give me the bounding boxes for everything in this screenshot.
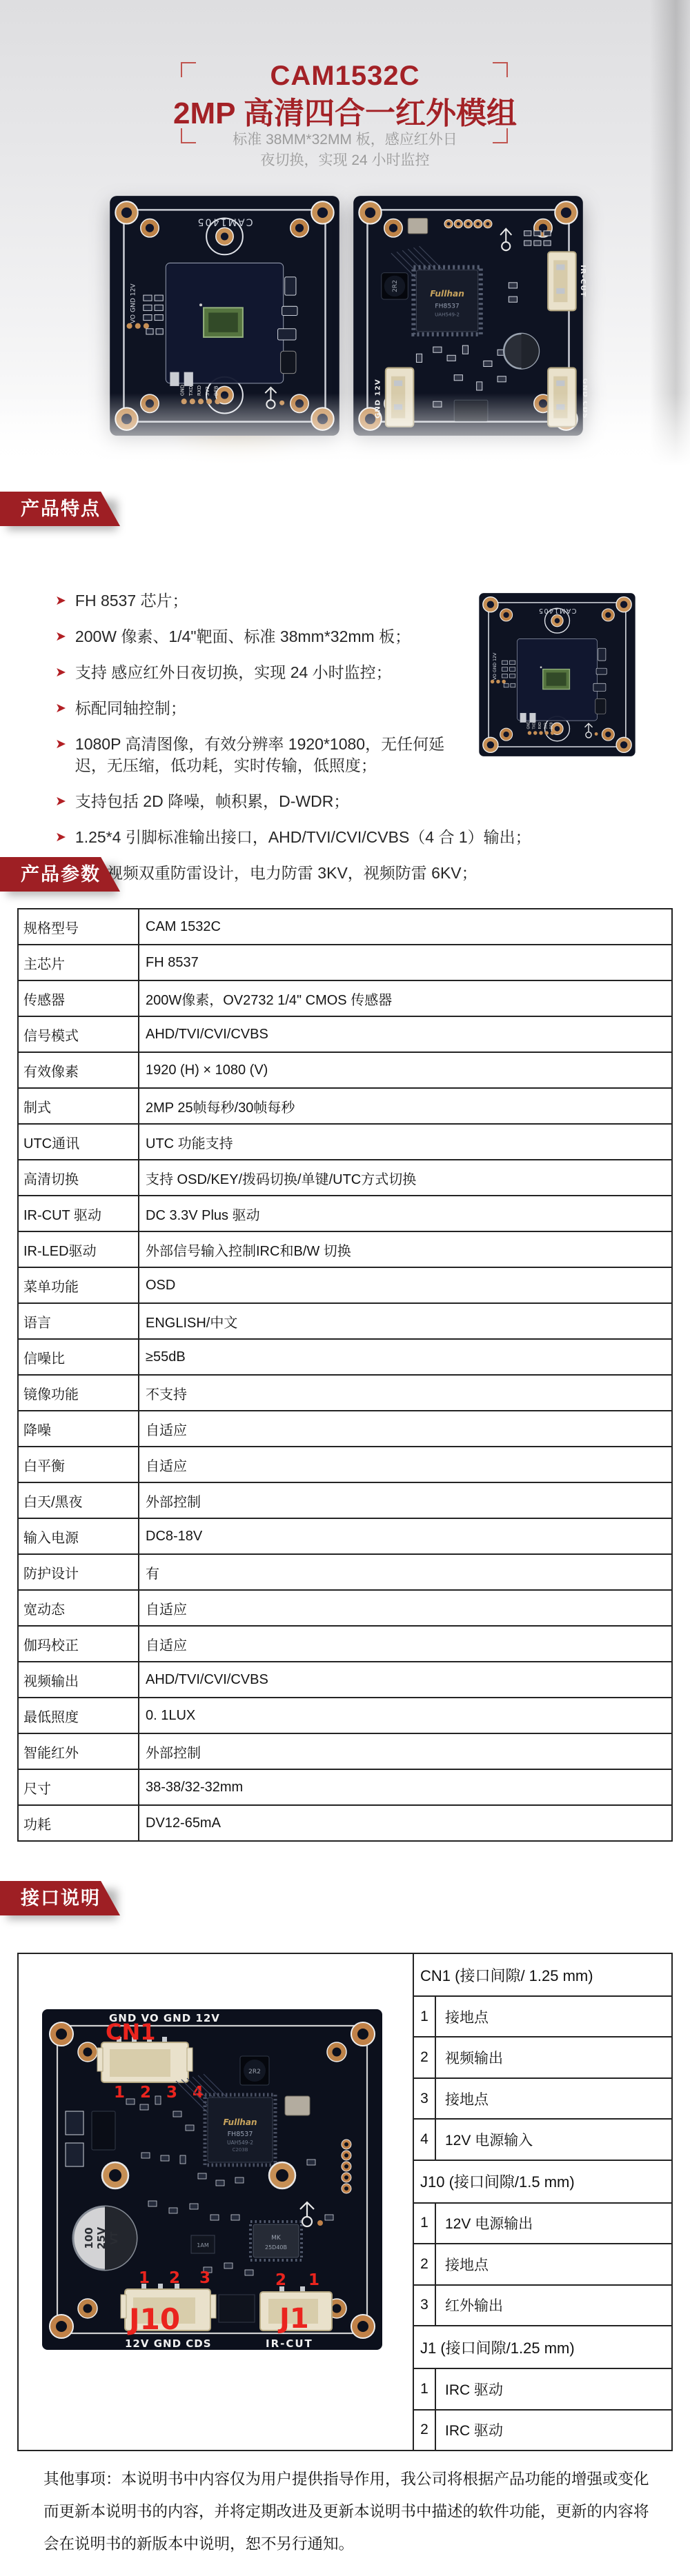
annotation-j1-label: J1 (277, 2303, 309, 2335)
pin-group-header: J10 (接口间隙/1.5 mm) (414, 2161, 671, 2204)
pin-description: 12V 电源输出 (436, 2204, 671, 2243)
transistor-label: 1AM (197, 2242, 209, 2248)
feature-text: 支持 感应红外日夜切换，实现 24 小时监控； (75, 662, 392, 683)
capacitor-label-2: 25V (95, 2226, 108, 2249)
flash-chip-label-1: MK (271, 2235, 282, 2242)
pin-group-header: J1 (接口间隙/1.25 mm) (414, 2326, 671, 2369)
spec-value: 200W像素，OV2732 1/4" CMOS 传感器 (139, 980, 672, 1016)
spec-row: 白平衡自适应 (18, 1447, 672, 1482)
hero-subtitle-line2: 夜切换，实现 24 小时监控 (0, 150, 690, 171)
bullet-arrow-icon: ➤ (55, 734, 66, 755)
pin-number: 1 (414, 2204, 436, 2243)
pin-row: 112V 电源输出 (414, 2204, 671, 2244)
pin-description: IRC 驱动 (436, 2369, 671, 2408)
feature-text: 1.25*4 引脚标准输出接口，AHD/TVI/CVI/CVBS（4 合 1）输… (75, 827, 531, 848)
spec-label: 功耗 (18, 1805, 139, 1841)
inductor-label-text: 2R2 (248, 2069, 261, 2075)
annotation-j10-label: J10 (127, 2302, 180, 2336)
spec-label: 语言 (18, 1303, 139, 1339)
feature-item: ➤支持包括 2D 降噪，帧积累，D-WDR； (55, 791, 680, 812)
flash-chip-label-2: 25D40B (265, 2244, 287, 2251)
pin-row: 2IRC 驱动 (414, 2411, 671, 2450)
spec-value: FH 8537 (139, 945, 672, 980)
spec-row: 信号模式AHD/TVI/CVI/CVBS (18, 1016, 672, 1052)
front-board-silkscreen-power: VO GND 12V (130, 283, 137, 324)
spec-value: DC8-18V (139, 1518, 672, 1554)
spec-row: 智能红外外部控制 (18, 1733, 672, 1769)
spec-value: 1920 (H) × 1080 (V) (139, 1052, 672, 1088)
spec-row: IR-LED驱动外部信号输入控制IRC和B/W 切换 (18, 1231, 672, 1267)
spec-value: 38-38/32-32mm (139, 1769, 672, 1805)
front-board-silkscreen-model: CAM1405 (196, 217, 253, 228)
pin-description: 接地点 (436, 1997, 671, 2036)
pin-row: 2接地点 (414, 2244, 671, 2285)
spec-value: 有 (139, 1554, 672, 1590)
spec-row: 最低照度0. 1LUX (18, 1698, 672, 1733)
spec-value: 自适应 (139, 1411, 672, 1447)
pin-description: 接地点 (436, 2079, 671, 2118)
spec-row: 宽动态自适应 (18, 1590, 672, 1626)
annotation-cn1-label: CN1 (106, 2019, 156, 2045)
spec-value: 外部控制 (139, 1733, 672, 1769)
footer-notes: 其他事项：本说明书中内容仅为用户提供指导作用，我公司将根据产品功能的增强或变化而… (43, 2463, 656, 2560)
product-model-title: CAM1532C (0, 61, 690, 92)
pin-number: 1 (414, 1997, 436, 2036)
spec-value: AHD/TVI/CVI/CVBS (139, 1662, 672, 1698)
hero-section: CAM1532C 2MP 高清四合一红外模组 标准 38MM*32MM 板，感应… (0, 0, 690, 476)
feature-text: 1080P 高清图像，有效分辨率 1920*1080，无任何延迟，无压缩，低功耗… (75, 734, 462, 776)
spec-label: IR-CUT 驱动 (18, 1196, 139, 1231)
spec-value: CAM 1532C (139, 909, 672, 945)
spec-value: ENGLISH/中文 (139, 1303, 672, 1339)
annotation-j1-pins: 2 1 (275, 2271, 328, 2289)
bullet-arrow-icon: ➤ (55, 662, 66, 683)
chip-brand-text: Fullhan (430, 289, 464, 299)
spec-row: 制式2MP 25帧每秒/30帧每秒 (18, 1088, 672, 1124)
spec-label: 伽玛校正 (18, 1626, 139, 1662)
spec-table: 规格型号CAM 1532C主芯片FH 8537传感器200W像素，OV2732 … (17, 908, 673, 1842)
spec-label: 主芯片 (18, 945, 139, 980)
spec-row: 规格型号CAM 1532C (18, 909, 672, 945)
chip-lot-text: UAH549-2 (227, 2140, 253, 2146)
spec-row: 高清切换支持 OSD/KEY/拨码切换/单键/UTC方式切换 (18, 1160, 672, 1196)
interface-section-header: 接口说明 (0, 1881, 152, 1922)
spec-value: 0. 1LUX (139, 1698, 672, 1733)
spec-row: 输入电源DC8-18V (18, 1518, 672, 1554)
interface-photo-cell: GND VO GND 12V CN1 1 2 3 4 (19, 1954, 414, 2450)
spec-value: DC 3.3V Plus 驱动 (139, 1196, 672, 1231)
params-section-header: 产品参数 (0, 857, 152, 898)
spec-value: 外部信号输入控制IRC和B/W 切换 (139, 1231, 672, 1267)
spec-value: 2MP 25帧每秒/30帧每秒 (139, 1088, 672, 1124)
spec-label: 菜单功能 (18, 1267, 139, 1303)
pin-description: 接地点 (436, 2244, 671, 2284)
bullet-arrow-icon: ➤ (55, 791, 66, 812)
pin-number: 4 (414, 2120, 436, 2159)
pcb-interface-photo: GND VO GND 12V CN1 1 2 3 4 (38, 2008, 386, 2359)
spec-label: 规格型号 (18, 909, 139, 945)
spec-value: 外部控制 (139, 1482, 672, 1518)
silkscreen-ircut-text: IR-CUT (579, 265, 586, 297)
spec-label: UTC通讯 (18, 1124, 139, 1160)
spec-value: 自适应 (139, 1626, 672, 1662)
spec-label: IR-LED驱动 (18, 1231, 139, 1267)
features-badge: 产品特点 (0, 492, 120, 526)
capacitor-label-1: 100 (83, 2227, 95, 2248)
chip-model-text: FH8537 (228, 2131, 253, 2138)
spec-label: 有效像素 (18, 1052, 139, 1088)
hero-subtitle-line1: 标准 38MM*32MM 板，感应红外日 (0, 130, 690, 150)
pin-number: 3 (414, 2079, 436, 2118)
spec-row: 信噪比≥55dB (18, 1339, 672, 1375)
annotation-j10-pins: 1 2 3 (139, 2269, 217, 2287)
chip-lot-text: UAH549-2 (435, 312, 460, 318)
pin-number: 2 (414, 2244, 436, 2284)
feature-text: FH 8537 芯片； (75, 590, 188, 612)
feature-side-photo (476, 590, 638, 759)
spec-row: 降噪自适应 (18, 1411, 672, 1447)
interface-pin-list: CN1 (接口间隙/ 1.25 mm)1接地点2视频输出3接地点412V 电源输… (414, 1954, 671, 2450)
interface-table: GND VO GND 12V CN1 1 2 3 4 (17, 1953, 673, 2451)
inductor-label-text: 2R2 (392, 280, 399, 292)
capacitor-label-3: VT (110, 2231, 120, 2244)
spec-label: 高清切换 (18, 1160, 139, 1196)
pin-number: 2 (414, 2411, 436, 2450)
spec-label: 宽动态 (18, 1590, 139, 1626)
spec-row: 伽玛校正自适应 (18, 1626, 672, 1662)
spec-label: 制式 (18, 1088, 139, 1124)
interface-badge: 接口说明 (0, 1881, 120, 1915)
spec-value: ≥55dB (139, 1339, 672, 1375)
spec-label: 最低照度 (18, 1698, 139, 1733)
chip-lot2-text: C203B (232, 2147, 248, 2153)
feature-text: 200W 像素、1/4"靶面、标准 38mm*32mm 板； (75, 626, 411, 647)
spec-label: 信噪比 (18, 1339, 139, 1375)
spec-row: 镜像功能不支持 (18, 1375, 672, 1411)
chip-model-text: FH8537 (435, 303, 459, 310)
spec-table-body: 规格型号CAM 1532C主芯片FH 8537传感器200W像素，OV2732 … (18, 909, 672, 1841)
params-badge: 产品参数 (0, 857, 120, 892)
pin-row: 2视频输出 (414, 2037, 671, 2078)
spec-row: 尺寸38-38/32-32mm (18, 1769, 672, 1805)
feature-text: 标配同轴控制； (75, 698, 186, 719)
silkscreen-12v-gnd-cds: 12V GND CDS (125, 2337, 212, 2350)
spec-label: 输入电源 (18, 1518, 139, 1554)
feature-text: 支持包括 2D 降噪，帧积累，D-WDR； (75, 791, 349, 812)
spec-label: 防护设计 (18, 1554, 139, 1590)
spec-value: AHD/TVI/CVI/CVBS (139, 1016, 672, 1052)
pin-row: 3红外输出 (414, 2286, 671, 2326)
spec-row: 白天/黑夜外部控制 (18, 1482, 672, 1518)
pin-description: 红外输出 (436, 2286, 671, 2325)
spec-row: UTC通讯UTC 功能支持 (18, 1124, 672, 1160)
spec-label: 传感器 (18, 980, 139, 1016)
spec-row: 传感器200W像素，OV2732 1/4" CMOS 传感器 (18, 980, 672, 1016)
hero-bottom-fade (0, 393, 690, 476)
spec-label: 视频输出 (18, 1662, 139, 1698)
spec-label: 镜像功能 (18, 1375, 139, 1411)
spec-row: 防护设计有 (18, 1554, 672, 1590)
hero-subtitle: 标准 38MM*32MM 板，感应红外日 夜切换，实现 24 小时监控 (0, 130, 690, 171)
pin-row: 412V 电源输入 (414, 2120, 671, 2160)
pin-number: 1 (414, 2369, 436, 2408)
pin-row: 1IRC 驱动 (414, 2369, 671, 2410)
spec-row: 语言ENGLISH/中文 (18, 1303, 672, 1339)
spec-value: 支持 OSD/KEY/拨码切换/单键/UTC方式切换 (139, 1160, 672, 1196)
spec-label: 白天/黑夜 (18, 1482, 139, 1518)
pin-group-header: CN1 (接口间隙/ 1.25 mm) (414, 1954, 671, 1997)
spec-label: 白平衡 (18, 1447, 139, 1482)
chip-brand-text: Fullhan (223, 2117, 257, 2127)
spec-label: 降噪 (18, 1411, 139, 1447)
spec-value: DV12-65mA (139, 1805, 672, 1841)
pin-description: 12V 电源输入 (436, 2120, 671, 2159)
spec-value: OSD (139, 1267, 672, 1303)
spec-value: 自适应 (139, 1590, 672, 1626)
pin-number: 3 (414, 2286, 436, 2325)
spec-value: UTC 功能支持 (139, 1124, 672, 1160)
spec-row: 主芯片FH 8537 (18, 945, 672, 980)
pin-description: 视频输出 (436, 2037, 671, 2077)
bullet-arrow-icon: ➤ (55, 827, 66, 848)
pin-description: IRC 驱动 (436, 2411, 671, 2450)
spec-label: 智能红外 (18, 1733, 139, 1769)
spec-row: 有效像素1920 (H) × 1080 (V) (18, 1052, 672, 1088)
spec-label: 信号模式 (18, 1016, 139, 1052)
bullet-arrow-icon: ➤ (55, 626, 66, 647)
bullet-arrow-icon: ➤ (55, 590, 66, 612)
pin-row: 1接地点 (414, 1997, 671, 2037)
silkscreen-ircut-text: IR-CUT (266, 2337, 313, 2350)
feature-item: ➤1.25*4 引脚标准输出接口，AHD/TVI/CVI/CVBS（4 合 1）… (55, 827, 680, 848)
pin-number: 2 (414, 2037, 436, 2077)
spec-label: 尺寸 (18, 1769, 139, 1805)
product-name-title: 2MP 高清四合一红外模组 (0, 88, 690, 132)
pin-row: 3接地点 (414, 2079, 671, 2120)
spec-row: 菜单功能OSD (18, 1267, 672, 1303)
features-section-header: 产品特点 (0, 492, 152, 533)
spec-value: 自适应 (139, 1447, 672, 1482)
product-page: CAM1532C 2MP 高清四合一红外模组 标准 38MM*32MM 板，感应… (0, 0, 690, 2576)
bullet-arrow-icon: ➤ (55, 698, 66, 719)
spec-value: 不支持 (139, 1375, 672, 1411)
spec-row: 视频输出AHD/TVI/CVI/CVBS (18, 1662, 672, 1698)
spec-row: 功耗DV12-65mA (18, 1805, 672, 1841)
spec-row: IR-CUT 驱动DC 3.3V Plus 驱动 (18, 1196, 672, 1231)
